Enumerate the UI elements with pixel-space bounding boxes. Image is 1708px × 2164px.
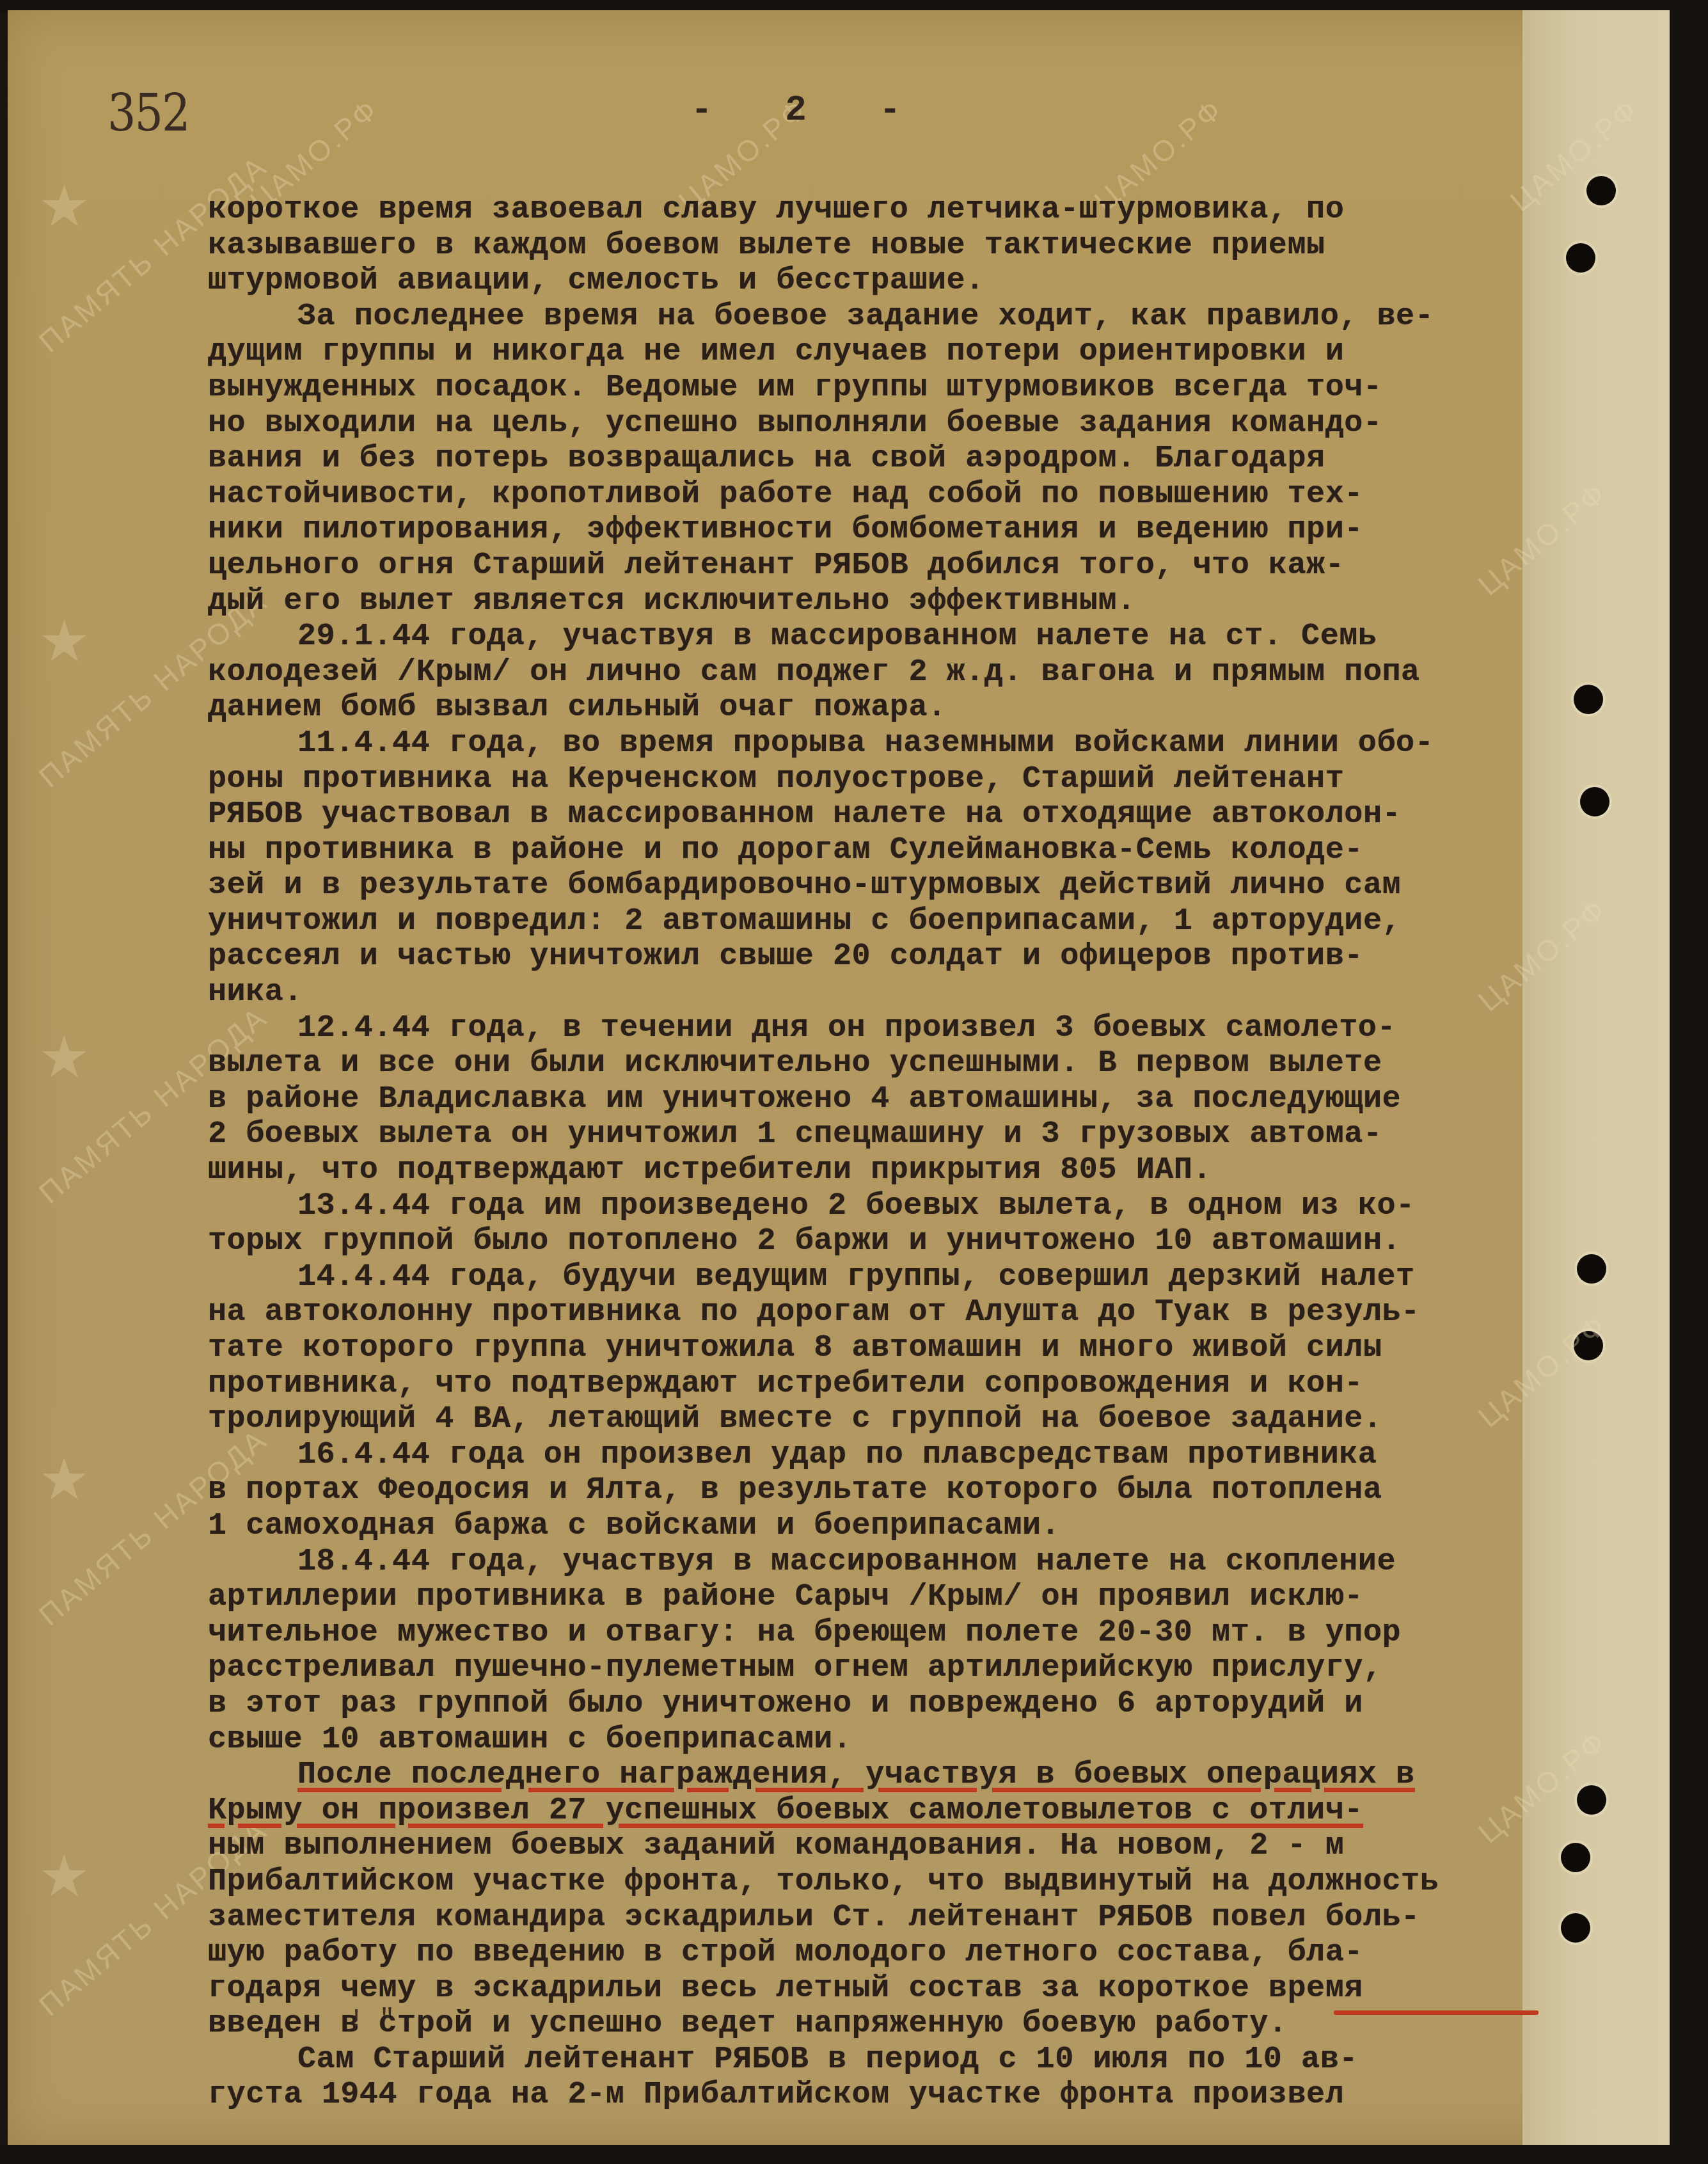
text-line: шую работу по введению в строй молодого … (208, 1935, 1590, 1971)
text-line: ны противника в районе и по дорогам Суле… (208, 832, 1590, 868)
text-line: зей и в результате бомбардировочно-штурм… (208, 868, 1590, 903)
text-line: расстреливал пушечно-пулеметным огнем ар… (208, 1650, 1590, 1686)
punch-hole-icon (1586, 176, 1616, 205)
text-line: колодезей /Крым/ он лично сам поджег 2 ж… (208, 655, 1590, 690)
text-line: вания и без потерь возвращались на свой … (208, 441, 1590, 477)
paragraph-start-line: За последнее время на боевое задание ход… (208, 299, 1590, 335)
text-line: ным выполнением боевых заданий командова… (208, 1828, 1590, 1864)
star-watermark-icon: ★ (38, 1446, 90, 1513)
text-line: заместителя командира эскадрильи Ст. лей… (208, 1900, 1590, 1936)
red-underlined-line: Крыму он произвел 27 успешных боевых сам… (208, 1793, 1590, 1829)
text-line: на автоколонну противника по дорогам от … (208, 1294, 1590, 1330)
text-line: в районе Владиславка им уничтожено 4 авт… (208, 1081, 1590, 1117)
paragraph-start-line: 14.4.44 года, будучи ведущим группы, сов… (208, 1259, 1590, 1295)
scan-right-border (1670, 0, 1708, 2164)
text-line: цельного огня Старший лейтенант РЯБОВ до… (208, 548, 1590, 584)
paragraph-start-line: 13.4.44 года им произведено 2 боевых выл… (208, 1188, 1590, 1224)
scan-bottom-border (0, 2145, 1708, 2164)
text-line: уничтожил и повредил: 2 автомашины с бое… (208, 903, 1590, 939)
text-line: настойчивости, кропотливой работе над со… (208, 477, 1590, 513)
paragraph-start-line: 11.4.44 года, во время прорыва наземными… (208, 726, 1590, 761)
text-line: 2 боевых вылета он уничтожил 1 спецмашин… (208, 1117, 1590, 1152)
paragraph-start-line: 29.1.44 года, участвуя в массированном н… (208, 619, 1590, 655)
text-line: противника, что подтверждают истребители… (208, 1366, 1590, 1402)
page-number: - 2 - (691, 90, 926, 131)
red-underline-mark (1334, 2010, 1538, 2015)
text-line: РЯБОВ участвовал в массированном налете … (208, 797, 1590, 832)
text-line: короткое время завоевал славу лучшего ле… (208, 192, 1590, 228)
text-line: вынужденных посадок. Ведомые им группы ш… (208, 370, 1590, 406)
paragraph-start-line: 12.4.44 года, в течении дня он произвел … (208, 1010, 1590, 1046)
typewritten-text-body: короткое время завоевал славу лучшего ле… (208, 192, 1590, 2113)
star-watermark-icon: ★ (38, 608, 90, 675)
text-line: шины, что подтверждают истребители прикр… (208, 1152, 1590, 1188)
paragraph-start-line: 18.4.44 года, участвуя в массированном н… (208, 1544, 1590, 1580)
text-line: свыше 10 автомашин с боеприпасами. (208, 1722, 1590, 1758)
text-line: Прибалтийском участке фронта, только, чт… (208, 1864, 1590, 1900)
text-line: 1 самоходная баржа с войсками и боеприпа… (208, 1508, 1590, 1544)
star-watermark-icon: ★ (38, 1024, 90, 1091)
text-line: в портах Феодосия и Ялта, в результате к… (208, 1472, 1590, 1508)
text-line: густа 1944 года на 2-м Прибалтийском уча… (208, 2077, 1590, 2113)
text-line: в этот раз группой было уничтожено и пов… (208, 1686, 1590, 1722)
text-line: казывавшего в каждом боевом вылете новые… (208, 228, 1590, 264)
text-line: годаря чему в эскадрильи весь летный сос… (208, 1971, 1590, 2007)
red-underlined-line: После последнего награждения, участвуя в… (208, 1757, 1590, 1793)
text-line: дущим группы и никогда не имел случаев п… (208, 334, 1590, 370)
text-line: ника. (208, 975, 1590, 1010)
archive-sheet-number: 352 (107, 83, 189, 143)
paragraph-start-line: 16.4.44 года он произвел удар по плавсре… (208, 1437, 1590, 1473)
text-line: рассеял и частью уничтожил свыше 20 солд… (208, 939, 1590, 975)
text-line: тролирующий 4 ВА, летающий вместе с груп… (208, 1401, 1590, 1437)
text-line: роны противника на Керченском полуостров… (208, 761, 1590, 797)
text-line: вылета и все они были исключительно успе… (208, 1046, 1590, 1081)
text-line: чительное мужество и отвагу: на бреющем … (208, 1615, 1590, 1651)
text-line: штурмовой авиации, смелость и бесстрашие… (208, 263, 1590, 299)
trailing-typewriter-marks: ! " (349, 2006, 395, 2035)
text-line: но выходили на цель, успешно выполняли б… (208, 406, 1590, 442)
paragraph-start-line: Сам Старший лейтенант РЯБОВ в период с 1… (208, 2042, 1590, 2078)
text-line: дый его вылет является исключительно эфф… (208, 584, 1590, 619)
star-watermark-icon: ★ (38, 173, 90, 240)
text-line: торых группой было потоплено 2 баржи и у… (208, 1223, 1590, 1259)
text-line: ники пилотирования, эффективности бомбом… (208, 512, 1590, 548)
star-watermark-icon: ★ (38, 1843, 90, 1910)
text-line: артиллерии противника в районе Сарыч /Кр… (208, 1579, 1590, 1615)
text-line: тате которого группа уничтожила 8 автома… (208, 1330, 1590, 1366)
text-line: данием бомб вызвал сильный очаг пожара. (208, 690, 1590, 726)
